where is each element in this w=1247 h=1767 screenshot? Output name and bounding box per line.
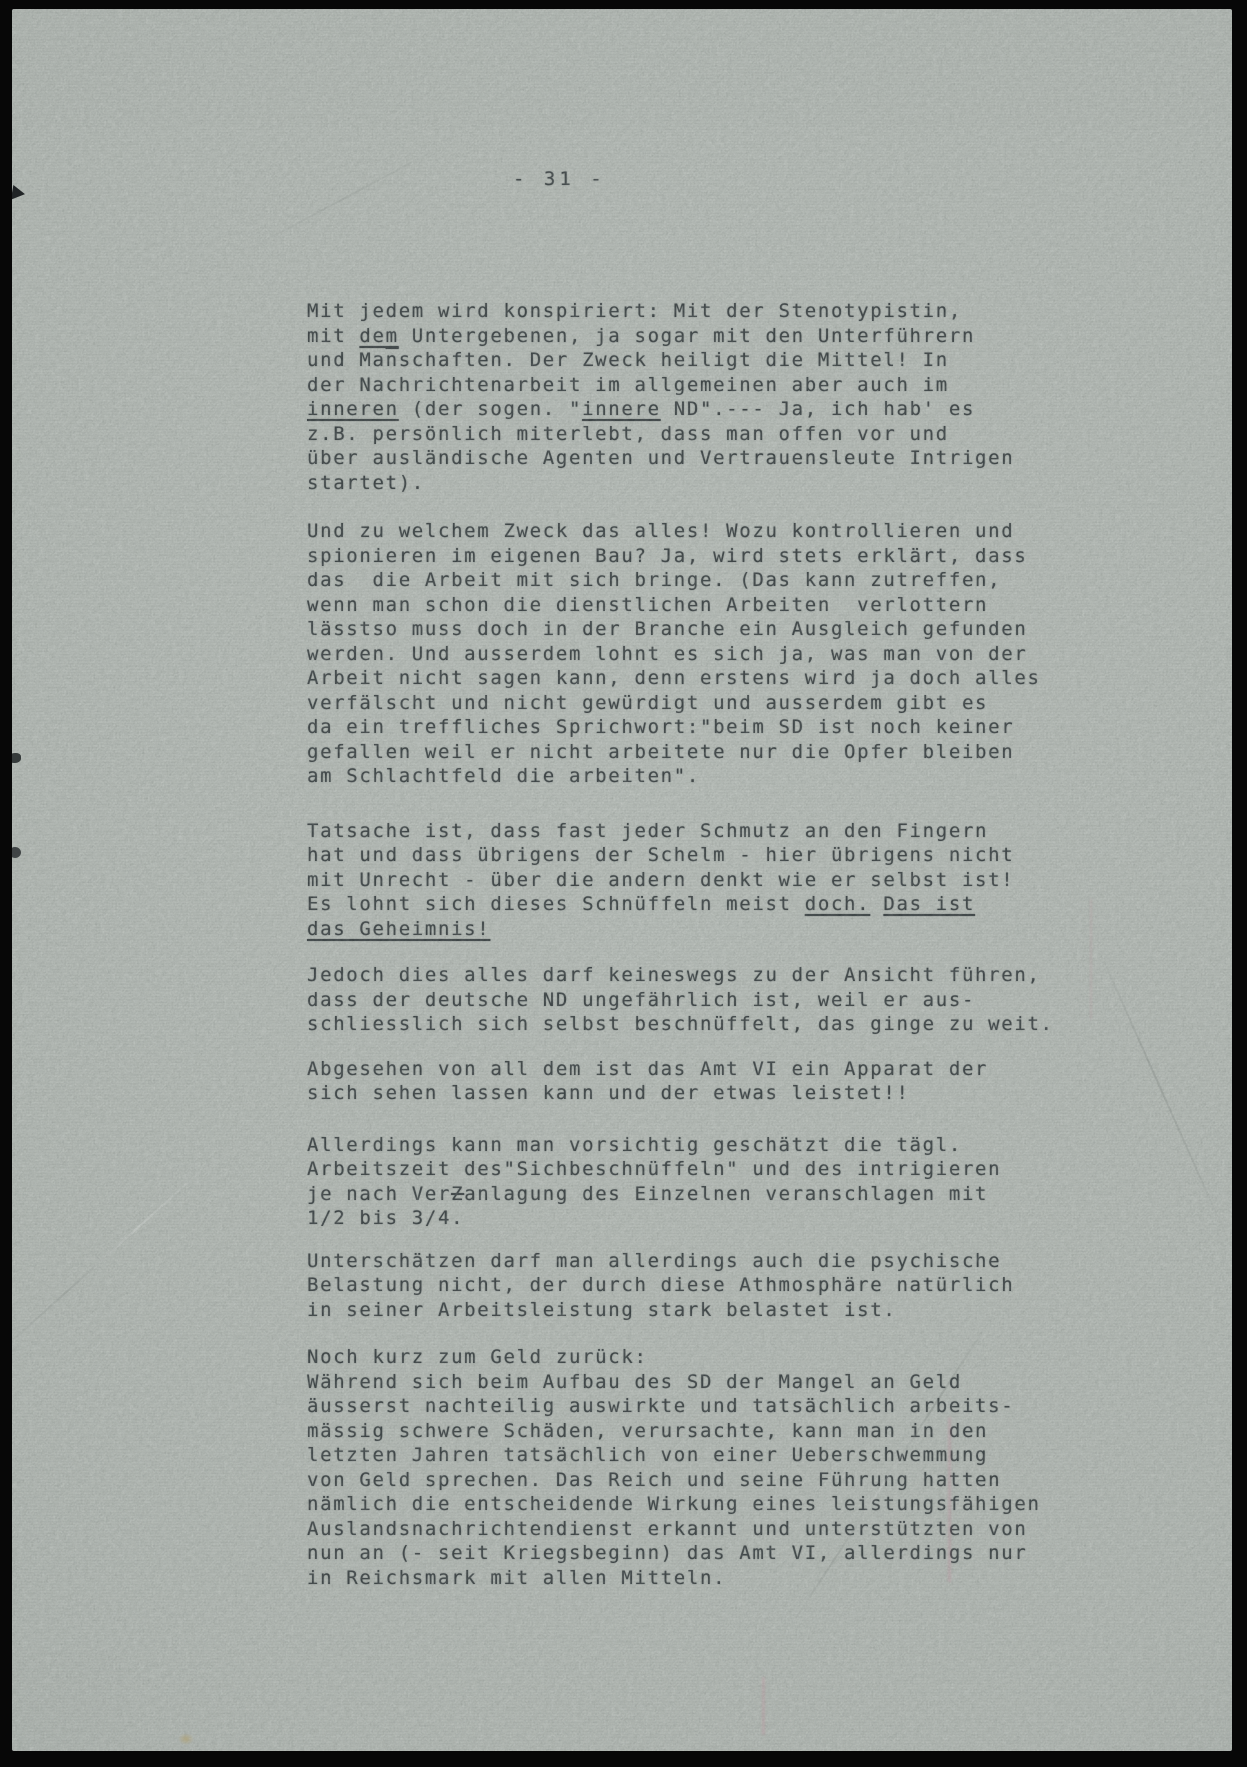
underlined-text: innere [582,398,661,420]
text-segment: Während sich beim Aufbau des SD der Mang… [307,1371,962,1393]
text-line: Allerdings kann man vorsichtig geschätzt… [307,1133,1054,1158]
text-segment: anlagung des Einzelnen veranschlagen mit [464,1183,988,1205]
text-line: 1/2 bis 3/4. [307,1206,1054,1231]
struck-text: Z [451,1183,464,1205]
text-segment: mit [307,325,359,347]
text-line: hat und dass übrigens der Schelm - hier … [307,843,1054,868]
text-line: Und zu welchem Zweck das alles! Wozu kon… [307,519,1054,544]
underlined-text: das Geheimnis! [307,918,490,940]
text-segment: Und zu welchem Zweck das alles! Wozu kon… [307,520,1014,542]
text-segment: in seiner Arbeitsleistung stark belastet… [307,1299,896,1321]
text-line: nämlich die entscheidende Wirkung eines … [307,1492,1054,1517]
text-line: und Manschaften. Der Zweck heiligt die M… [307,348,1054,373]
text-line: über ausländische Agenten und Vertrauens… [307,446,1054,471]
text-line: Jedoch dies alles darf keineswegs zu der… [307,963,1054,988]
text-segment: z.B. persönlich miterlebt, dass man offe… [307,423,949,445]
text-segment: Es lohnt sich dieses Schnüffeln meist [307,893,805,915]
text-segment: lässtso muss doch in der Branche ein Aus… [307,618,1027,640]
text-line: äusserst nachteilig auswirkte und tatsäc… [307,1394,1054,1419]
text-segment: gefallen weil er nicht arbeitete nur die… [307,741,1014,763]
text-line: in seiner Arbeitsleistung stark belastet… [307,1298,1054,1323]
text-line: je nach VerZanlagung des Einzelnen veran… [307,1182,1054,1207]
text-segment: je nach Ver [307,1183,451,1205]
text-line: Arbeitszeit des"Sichbeschnüffeln" und de… [307,1157,1054,1182]
scanned-page: - 31 - Mit jedem wird konspiriert: Mit d… [0,0,1247,1767]
text-line: werden. Und ausserdem lohnt es sich ja, … [307,642,1054,667]
text-line: Belastung nicht, der durch diese Athmosp… [307,1273,1054,1298]
text-segment: 1/2 bis 3/4. [307,1207,464,1229]
text-line: Mit jedem wird konspiriert: Mit der Sten… [307,299,1054,324]
paragraph: Mit jedem wird konspiriert: Mit der Sten… [307,299,1054,495]
text-segment: nun an (- seit Kriegsbeginn) das Amt VI,… [307,1542,1027,1564]
scan-speck [12,753,21,763]
text-line: Auslandsnachrichtendienst erkannt und un… [307,1517,1054,1542]
paragraph: Unterschätzen darf man allerdings auch d… [307,1249,1054,1323]
scan-speck [12,185,26,202]
paragraph: Allerdings kann man vorsichtig geschätzt… [307,1133,1054,1231]
text-segment: (der sogen. " [399,398,582,420]
text-line: der Nachrichtenarbeit im allgemeinen abe… [307,373,1054,398]
text-segment: letzten Jahren tatsächlich von einer Ueb… [307,1444,988,1466]
text-line: in Reichsmark mit allen Mitteln. [307,1566,1054,1591]
page-number: - 31 - [513,167,606,192]
text-segment: Allerdings kann man vorsichtig geschätzt… [307,1134,962,1156]
text-segment: das die Arbeit mit sich bringe. (Das kan… [307,569,1001,591]
text-segment: am Schlachtfeld die arbeiten". [307,765,700,787]
text-segment: Noch kurz zum Geld zurück: [307,1346,648,1368]
ink-streak [1090,899,1092,1019]
text-segment: Mit jedem wird konspiriert: Mit der Sten… [307,300,962,322]
text-line: letzten Jahren tatsächlich von einer Ueb… [307,1443,1054,1468]
text-line: Tatsache ist, dass fast jeder Schmutz an… [307,819,1054,844]
paper-crease [1095,943,1231,1245]
paragraph: Noch kurz zum Geld zurück:Während sich b… [307,1345,1054,1590]
text-line: Es lohnt sich dieses Schnüffeln meist do… [307,892,1054,917]
text-line: am Schlachtfeld die arbeiten". [307,764,1054,789]
underlined-text: Das ist [883,893,975,915]
paragraph: Jedoch dies alles darf keineswegs zu der… [307,963,1054,1037]
text-segment: n [386,349,399,371]
text-segment: Arbeit nicht sagen kann, denn erstens wi… [307,667,1041,689]
text-segment: hat und dass übrigens der Schelm - hier … [307,844,1014,866]
text-segment: in Reichsmark mit allen Mitteln. [307,1567,726,1589]
text-line: mit Unrecht - über die andern denkt wie … [307,868,1054,893]
text-line: nun an (- seit Kriegsbeginn) das Amt VI,… [307,1541,1054,1566]
text-segment: nämlich die entscheidende Wirkung eines … [307,1493,1041,1515]
text-line: dass der deutsche ND ungefährlich ist, w… [307,988,1054,1013]
scan-speck [12,847,21,858]
text-segment: der Nachrichtenarbeit im allgemeinen abe… [307,374,949,396]
text-segment: da ein treffliches Sprichwort:"beim SD i… [307,716,1014,738]
text-line: mit dem Untergebenen, ja sogar mit den U… [307,324,1054,349]
text-line: spionieren im eigenen Bau? Ja, wird stet… [307,544,1054,569]
text-line: schliesslich sich selbst beschnüffelt, d… [307,1012,1054,1037]
text-line: Während sich beim Aufbau des SD der Mang… [307,1370,1054,1395]
text-segment: schliesslich sich selbst beschnüffelt, d… [307,1013,1054,1035]
text-line: Abgesehen von all dem ist das Amt VI ein… [307,1057,1054,1082]
text-segment: verfälscht und nicht gewürdigt und ausse… [307,692,988,714]
underlined-text: doch. [805,893,871,915]
text-line: wenn man schon die dienstlichen Arbeiten… [307,593,1054,618]
ink-streak [762,1677,765,1735]
text-segment: dass der deutsche ND ungefährlich ist, w… [307,989,975,1011]
text-segment: werden. Und ausserdem lohnt es sich ja, … [307,643,1027,665]
text-line: Noch kurz zum Geld zurück: [307,1345,1054,1370]
paper-crease [228,137,459,261]
text-line: gefallen weil er nicht arbeitete nur die… [307,740,1054,765]
text-segment: Jedoch dies alles darf keineswegs zu der… [307,964,1041,986]
text-segment: schaften. Der Zweck heiligt die Mittel! … [399,349,949,371]
text-segment: und Ma [307,349,386,371]
paragraph: Und zu welchem Zweck das alles! Wozu kon… [307,519,1054,789]
text-segment: spionieren im eigenen Bau? Ja, wird stet… [307,545,1027,567]
text-line: z.B. persönlich miterlebt, dass man offe… [307,422,1054,447]
text-segment: mässig schwere Schäden, verursachte, kan… [307,1420,988,1442]
paper: - 31 - Mit jedem wird konspiriert: Mit d… [12,9,1232,1751]
text-segment: sich sehen lassen kann und der etwas lei… [307,1082,910,1104]
text-segment: Tatsache ist, dass fast jeder Schmutz an… [307,820,988,842]
text-segment: startet). [307,472,425,494]
text-segment: Untergebenen, ja sogar mit den Unterführ… [399,325,975,347]
text-line: inneren (der sogen. "innere ND".--- Ja, … [307,397,1054,422]
text-line: sich sehen lassen kann und der etwas lei… [307,1081,1054,1106]
text-segment: mit Unrecht - über die andern denkt wie … [307,869,1014,891]
text-line: Unterschätzen darf man allerdings auch d… [307,1249,1054,1274]
text-segment: Unterschätzen darf man allerdings auch d… [307,1250,1001,1272]
text-segment: äusserst nachteilig auswirkte und tatsäc… [307,1395,1014,1417]
text-segment: wenn man schon die dienstlichen Arbeiten… [307,594,988,616]
paper-crease [12,1158,215,1360]
text-line: mässig schwere Schäden, verursachte, kan… [307,1419,1054,1444]
text-segment: über ausländische Agenten und Vertrauens… [307,447,1014,469]
text-line: von Geld sprechen. Das Reich und seine F… [307,1468,1054,1493]
text-segment: ND".--- Ja, ich hab' es [661,398,975,420]
ink-streak [948,1417,951,1582]
text-line: das die Arbeit mit sich bringe. (Das kan… [307,568,1054,593]
text-segment: von Geld sprechen. Das Reich und seine F… [307,1469,1001,1491]
underlined-text: dem [359,325,398,347]
paragraph: Abgesehen von all dem ist das Amt VI ein… [307,1057,1054,1106]
text-line: das Geheimnis! [307,917,1054,942]
text-segment: Arbeitszeit des"Sichbeschnüffeln" und de… [307,1158,1001,1180]
text-segment: Belastung nicht, der durch diese Athmosp… [307,1274,1014,1296]
text-segment: Abgesehen von all dem ist das Amt VI ein… [307,1058,988,1080]
text-line: lässtso muss doch in der Branche ein Aus… [307,617,1054,642]
text-line: da ein treffliches Sprichwort:"beim SD i… [307,715,1054,740]
paper-stain [178,1733,194,1745]
text-segment [870,893,883,915]
underlined-text: inneren [307,398,399,420]
paragraph: Tatsache ist, dass fast jeder Schmutz an… [307,819,1054,942]
text-line: Arbeit nicht sagen kann, denn erstens wi… [307,666,1054,691]
text-line: verfälscht und nicht gewürdigt und ausse… [307,691,1054,716]
text-line: startet). [307,471,1054,496]
text-segment: Auslandsnachrichtendienst erkannt und un… [307,1518,1027,1540]
text-block: Mit jedem wird konspiriert: Mit der Sten… [307,299,1054,1614]
